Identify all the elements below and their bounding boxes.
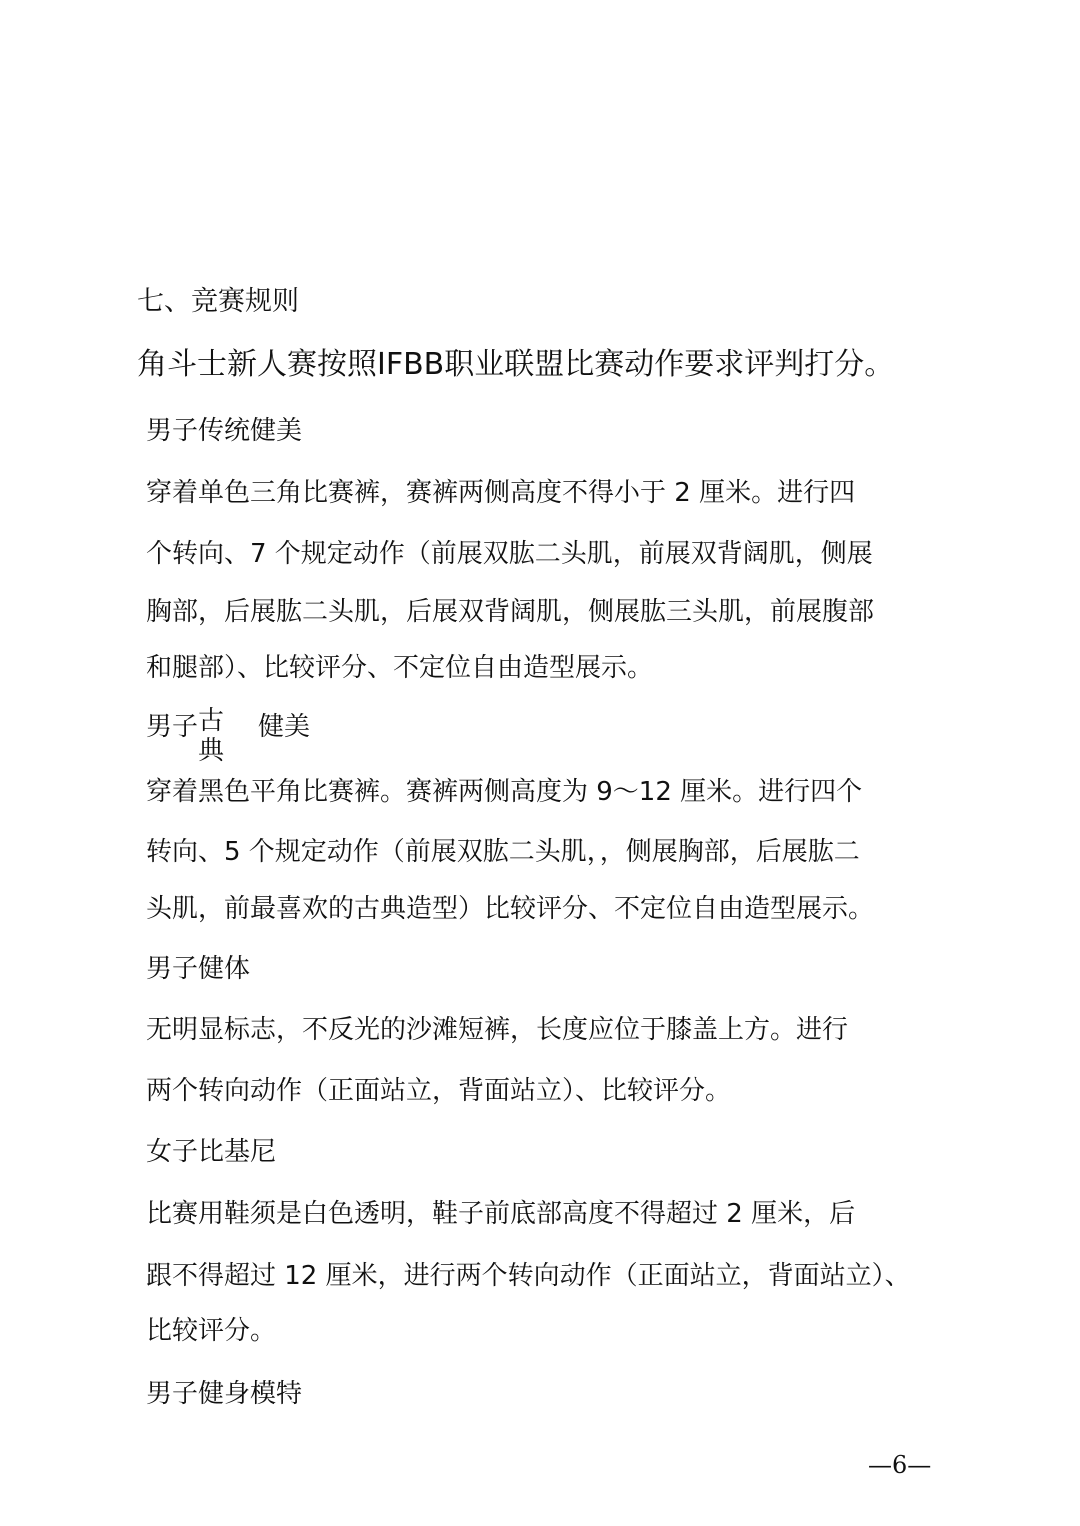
glyph-bottom: 典 bbox=[198, 738, 224, 764]
paragraph-line: 比较评分。 bbox=[146, 1318, 276, 1344]
page-number: —6— bbox=[868, 1451, 931, 1479]
subheading-suffix: 健美 bbox=[258, 712, 310, 742]
paragraph-line: 头肌，前最喜欢的古典造型）比较评分、不定位自由造型展示。 bbox=[146, 896, 874, 922]
paragraph-line: 比赛用鞋须是白色透明，鞋子前底部高度不得超过 2 厘米，后 bbox=[146, 1201, 855, 1227]
section-heading: 七、竞赛规则 bbox=[137, 288, 299, 315]
subheading-displaced-glyph: 古典 bbox=[198, 714, 224, 740]
subheading-traditional-bodybuilding: 男子传统健美 bbox=[146, 418, 302, 444]
paragraph-line: 胸部，后展肱二头肌，后展双背阔肌，侧展肱三头肌，前展腹部 bbox=[146, 599, 874, 625]
paragraph-line: 跟不得超过 12 厘米，进行两个转向动作（正面站立，背面站立）、 bbox=[146, 1263, 911, 1289]
paragraph-line: 无明显标志，不反光的沙滩短裤，长度应位于膝盖上方。进行 bbox=[146, 1017, 848, 1043]
paragraph-line: 转向、5 个规定动作（前展双肱二头肌，，侧展胸部，后展肱二 bbox=[146, 839, 860, 865]
glyph-top: 古 bbox=[198, 706, 224, 736]
subheading-mens-fitness-model: 男子健身模特 bbox=[146, 1381, 302, 1407]
intro-paragraph: 角斗士新人赛按照IFBB职业联盟比赛动作要求评判打分。 bbox=[137, 350, 894, 380]
paragraph-line: 和腿部）、比较评分、不定位自由造型展示。 bbox=[146, 655, 653, 681]
paragraph-line: 个转向、7 个规定动作（前展双肱二头肌，前展双背阔肌，侧展 bbox=[146, 541, 873, 567]
subheading-classic-bodybuilding: 男子古典健美 bbox=[146, 714, 310, 740]
subheading-mens-physique: 男子健体 bbox=[146, 956, 250, 982]
subheading-womens-bikini: 女子比基尼 bbox=[146, 1139, 276, 1165]
paragraph-line: 穿着单色三角比赛裤，赛裤两侧高度不得小于 2 厘米。进行四 bbox=[146, 480, 855, 506]
paragraph-line: 穿着黑色平角比赛裤。赛裤两侧高度为 9～12 厘米。进行四个 bbox=[146, 779, 862, 805]
subheading-prefix: 男子 bbox=[146, 712, 198, 742]
paragraph-line: 两个转向动作（正面站立，背面站立）、比较评分。 bbox=[146, 1078, 731, 1104]
